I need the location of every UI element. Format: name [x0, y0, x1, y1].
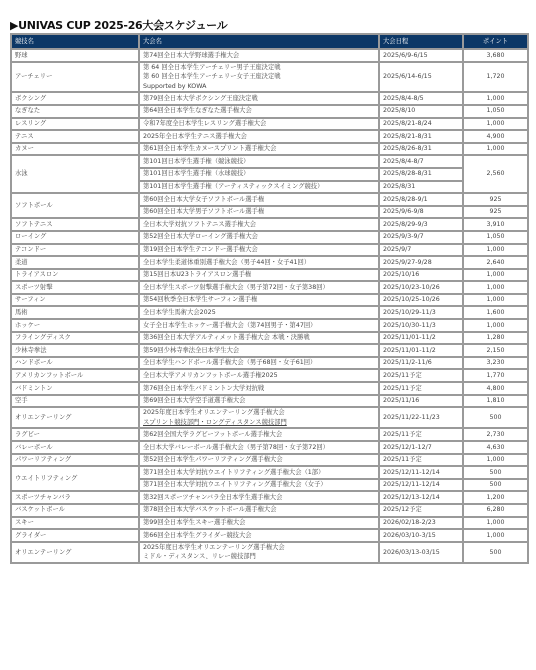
event-name-cell: 第101回日本学生選手権（水球競技）	[139, 168, 379, 181]
event-date-cell: 2025/9/27-9/28	[379, 256, 463, 269]
sport-name-cell: バスケットボール	[11, 504, 139, 517]
event-date-cell: 2025/8/10	[379, 105, 463, 118]
event-name-line: Supported by KOWA	[143, 82, 375, 92]
table-row: カヌー第61回全日本学生カヌースプリント選手権大会2025/8/26-8/311…	[11, 143, 528, 156]
points-cell: 6,280	[463, 504, 528, 517]
event-name-cell: 第64回全日本学生なぎなた選手権大会	[139, 105, 379, 118]
table-row: ホッケー女子全日本学生ホッケー選手権大会（第74回男子・第47回）2025/10…	[11, 319, 528, 332]
event-name-line: 第62回全国大学ラグビーフットボール選手権大会	[143, 430, 375, 440]
points-cell: 1,050	[463, 105, 528, 118]
event-name-cell: 全日本大学対抗ソフトテニス選手権大会	[139, 218, 379, 231]
event-name-line: 第60回全日本大学女子ソフトボール選手権	[143, 195, 375, 205]
event-name-line: 全日本学生ハンドボール選手権大会（男子68回・女子61回）	[143, 358, 375, 368]
sport-name-cell: スキー	[11, 517, 139, 530]
event-name-line: 第69回全日本大学空手道選手権大会	[143, 396, 375, 406]
sport-name-cell: なぎなた	[11, 105, 139, 118]
points-cell: 1,000	[463, 118, 528, 131]
event-name-cell: 第69回全日本大学空手道選手権大会	[139, 395, 379, 408]
table-row: 野球第74回全日本大学野球選手権大会2025/6/9-6/153,680	[11, 49, 528, 62]
points-cell: 1,000	[463, 143, 528, 156]
event-name-cell: 第54回秋季全日本学生サーフィン選手権	[139, 294, 379, 307]
table-row: バレーボール全日本大学バレーボール選手権大会（男子第78回・女子第72回）202…	[11, 441, 528, 454]
event-name-cell: 第79回全日本大学ボクシング王座決定戦	[139, 92, 379, 105]
event-name-cell: 第32回スポーツチャンバラ全日本学生選手権大会	[139, 491, 379, 504]
event-name-line: 第59回少林寺拳法全日本学生大会	[143, 346, 375, 356]
table-body: 野球第74回全日本大学野球選手権大会2025/6/9-6/153,680アーチェ…	[11, 49, 528, 563]
sport-name-cell: 野球	[11, 49, 139, 62]
table-row: 柔道全日本学生柔道体重別選手権大会（男子44回・女子41回）2025/9/27-…	[11, 256, 528, 269]
event-date-cell: 2025/8/4-8/5	[379, 92, 463, 105]
event-date-cell: 2025/11予定	[379, 428, 463, 441]
points-cell: 2,730	[463, 428, 528, 441]
sport-name-cell: 柔道	[11, 256, 139, 269]
event-date-cell: 2026/03/10-3/15	[379, 529, 463, 542]
event-name-cell: 第76回全日本学生バドミントン大学対抗戦	[139, 382, 379, 395]
event-name-line: 第64回全日本学生なぎなた選手権大会	[143, 106, 375, 116]
table-row: フライングディスク第36回全日本大学アルティメット選手権大会 本戦・決勝戦202…	[11, 332, 528, 345]
event-date-cell: 2025/8/29-9/3	[379, 218, 463, 231]
event-name-cell: 令和7年度全日本学生レスリング選手権大会	[139, 118, 379, 131]
sport-name-cell: パワーリフティング	[11, 454, 139, 467]
event-date-cell: 2025/11予定	[379, 454, 463, 467]
table-row: パワーリフティング第52回全日本学生パワーリフティング選手権大会2025/11予…	[11, 454, 528, 467]
table-row: アーチェリー第 64 回全日本学生アーチェリー男子王座決定戦第 60 回全日本学…	[11, 62, 528, 93]
header-date: 大会日程	[379, 34, 463, 49]
table-row: レスリング令和7年度全日本学生レスリング選手権大会2025/8/21-8/241…	[11, 118, 528, 131]
points-cell: 1,000	[463, 244, 528, 257]
event-name-cell: 全日本大学アメリカンフットボール選手権2025	[139, 369, 379, 382]
event-name-line: 第66回全日本学生グライダー競技大会	[143, 531, 375, 541]
points-cell: 1,000	[463, 92, 528, 105]
event-name-line: ミドル・ディスタンス、リレー競技部門	[143, 552, 375, 562]
points-cell: 3,910	[463, 218, 528, 231]
event-name-line: 全日本学生馬術大会2025	[143, 308, 375, 318]
event-name-cell: 第52回全日本大学ローイング選手権大会	[139, 231, 379, 244]
table-row: 水泳第101回日本学生選手権（競泳競技）2025/8/4-8/72,560	[11, 155, 528, 168]
event-name-cell: 全日本学生ハンドボール選手権大会（男子68回・女子61回）	[139, 357, 379, 370]
table-row: グライダー第66回全日本学生グライダー競技大会2026/03/10-3/151,…	[11, 529, 528, 542]
header-event: 大会名	[139, 34, 379, 49]
points-cell: 2,560	[463, 155, 528, 193]
points-cell: 4,800	[463, 382, 528, 395]
event-name-line: 全日本大学バレーボール選手権大会（男子第78回・女子第72回）	[143, 443, 375, 453]
event-name-line: 全日本学生スポーツ射撃選手権大会（男子第72回・女子第38回）	[143, 283, 375, 293]
event-date-cell: 2025/11/2-11/6	[379, 357, 463, 370]
event-name-line: 第52回全日本学生パワーリフティング選手権大会	[143, 455, 375, 465]
sport-name-cell: レスリング	[11, 118, 139, 131]
sport-name-cell: アーチェリー	[11, 62, 139, 93]
event-name-cell: 第101回日本学生選手権（競泳競技）	[139, 155, 379, 168]
sport-name-cell: スポーツ射撃	[11, 281, 139, 294]
points-cell: 3,680	[463, 49, 528, 62]
event-name-cell: 第101回日本学生選手権（アーティスティックスイミング競技）	[139, 181, 379, 194]
event-name-cell: 第59回少林寺拳法全日本学生大会	[139, 344, 379, 357]
table-row: ハンドボール全日本学生ハンドボール選手権大会（男子68回・女子61回）2025/…	[11, 357, 528, 370]
event-name-cell: 第52回全日本学生パワーリフティング選手権大会	[139, 454, 379, 467]
event-name-cell: 2025年度日本学生オリエンテーリング選手権大会ミドル・ディスタンス、リレー競技…	[139, 542, 379, 563]
event-date-cell: 2025/11/01-11/2	[379, 332, 463, 345]
event-date-cell: 2025/6/9-6/15	[379, 49, 463, 62]
table-row: ローイング第52回全日本大学ローイング選手権大会2025/9/3-9/71,05…	[11, 231, 528, 244]
sport-name-cell: フライングディスク	[11, 332, 139, 345]
sport-name-cell: ウエイトリフティング	[11, 466, 139, 491]
event-date-cell: 2025/11予定	[379, 382, 463, 395]
sport-name-cell: ハンドボール	[11, 357, 139, 370]
table-row: ソフトボール第60回全日本大学女子ソフトボール選手権2025/8/28-9/19…	[11, 193, 528, 206]
event-name-line: 2025年度日本学生オリエンテーリング選手権大会	[143, 543, 375, 553]
sport-name-cell: グライダー	[11, 529, 139, 542]
event-date-cell: 2025/6/14-6/15	[379, 62, 463, 93]
header-points: ポイント	[463, 34, 528, 49]
points-cell: 500	[463, 542, 528, 563]
event-name-cell: 第19回全日本学生テコンドー選手権大会	[139, 244, 379, 257]
event-name-line: 第19回全日本学生テコンドー選手権大会	[143, 245, 375, 255]
sport-name-cell: スポーツチャンバラ	[11, 491, 139, 504]
table-row: スキー第99回全日本学生スキー選手権大会2026/02/18-2/231,000	[11, 517, 528, 530]
points-cell: 1,720	[463, 62, 528, 93]
points-cell: 3,230	[463, 357, 528, 370]
event-name-line: 第101回日本学生選手権（水球競技）	[143, 169, 375, 179]
event-name-line: 第71回全日本大学対抗ウエイトリフティング選手権大会（女子）	[143, 480, 375, 490]
table-row: オリエンテーリング2025年度日本学生オリエンテーリング選手権大会スプリント競技…	[11, 407, 528, 428]
event-date-cell: 2026/03/13-03/15	[379, 542, 463, 563]
sport-name-cell: トライアスロン	[11, 269, 139, 282]
event-name-cell: 第78回全日本大学バスケットボール選手権大会	[139, 504, 379, 517]
event-date-cell: 2025/9/6-9/8	[379, 206, 463, 219]
event-name-line: 第36回全日本大学アルティメット選手権大会 本戦・決勝戦	[143, 333, 375, 343]
sport-name-cell: アメリカンフットボール	[11, 369, 139, 382]
points-cell: 925	[463, 206, 528, 219]
points-cell: 500	[463, 466, 528, 479]
event-name-line: 第 60 回全日本学生アーチェリー女子王座決定戦	[143, 72, 375, 82]
event-date-cell: 2025/9/3-9/7	[379, 231, 463, 244]
event-name-cell: 第36回全日本大学アルティメット選手権大会 本戦・決勝戦	[139, 332, 379, 345]
sport-name-cell: オリエンテーリング	[11, 542, 139, 563]
event-date-cell: 2025/8/28-8/31	[379, 168, 463, 181]
event-name-line: 第15回日本U23トライアスロン選手権	[143, 270, 375, 280]
schedule-table: 競技名 大会名 大会日程 ポイント 野球第74回全日本大学野球選手権大会2025…	[10, 33, 529, 564]
points-cell: 1,000	[463, 281, 528, 294]
event-name-line: 全日本大学アメリカンフットボール選手権2025	[143, 371, 375, 381]
event-date-cell: 2025/8/21-8/31	[379, 130, 463, 143]
event-name-line: 第78回全日本大学バスケットボール選手権大会	[143, 505, 375, 515]
event-name-cell: 全日本学生柔道体重別選手権大会（男子44回・女子41回）	[139, 256, 379, 269]
event-date-cell: 2025/12/1-12/7	[379, 441, 463, 454]
table-row: スポーツチャンバラ第32回スポーツチャンバラ全日本学生選手権大会2025/12/…	[11, 491, 528, 504]
points-cell: 1,000	[463, 454, 528, 467]
points-cell: 4,900	[463, 130, 528, 143]
table-row: バドミントン第76回全日本学生バドミントン大学対抗戦2025/11予定4,800	[11, 382, 528, 395]
event-name-line: 第99回全日本学生スキー選手権大会	[143, 518, 375, 528]
sport-name-cell: 空手	[11, 395, 139, 408]
sport-name-cell: サーフィン	[11, 294, 139, 307]
event-name-line: 第 64 回全日本学生アーチェリー男子王座決定戦	[143, 63, 375, 73]
event-name-cell: 第60回全日本大学女子ソフトボール選手権	[139, 193, 379, 206]
event-date-cell: 2025/8/21-8/24	[379, 118, 463, 131]
event-date-cell: 2025/11/01-11/2	[379, 344, 463, 357]
event-date-cell: 2025/10/16	[379, 269, 463, 282]
event-date-cell: 2025/9/7	[379, 244, 463, 257]
points-cell: 1,810	[463, 395, 528, 408]
table-row: バスケットボール第78回全日本大学バスケットボール選手権大会2025/12予定6…	[11, 504, 528, 517]
event-name-cell: 全日本学生スポーツ射撃選手権大会（男子第72回・女子第38回）	[139, 281, 379, 294]
event-date-cell: 2025/11/22-11/23	[379, 407, 463, 428]
event-name-cell: 全日本大学バレーボール選手権大会（男子第78回・女子第72回）	[139, 441, 379, 454]
points-cell: 500	[463, 407, 528, 428]
table-row: スポーツ射撃全日本学生スポーツ射撃選手権大会（男子第72回・女子第38回）202…	[11, 281, 528, 294]
event-name-line: 第79回全日本大学ボクシング王座決定戦	[143, 94, 375, 104]
sport-name-cell: 馬術	[11, 306, 139, 319]
sport-name-cell: テコンドー	[11, 244, 139, 257]
sport-name-cell: ラグビー	[11, 428, 139, 441]
event-name-line: 2025年全日本学生テニス選手権大会	[143, 132, 375, 142]
table-row: ボクシング第79回全日本大学ボクシング王座決定戦2025/8/4-8/51,00…	[11, 92, 528, 105]
points-cell: 925	[463, 193, 528, 206]
table-row: テコンドー第19回全日本学生テコンドー選手権大会2025/9/71,000	[11, 244, 528, 257]
points-cell: 1,000	[463, 517, 528, 530]
event-name-line: 第76回全日本学生バドミントン大学対抗戦	[143, 384, 375, 394]
event-date-cell: 2025/8/4-8/7	[379, 155, 463, 168]
table-row: 少林寺拳法第59回少林寺拳法全日本学生大会2025/11/01-11/22,15…	[11, 344, 528, 357]
event-date-cell: 2025/12/11-12/14	[379, 466, 463, 479]
table-row: 馬術全日本学生馬術大会20252025/10/29-11/31,600	[11, 306, 528, 319]
event-name-line: 第101回日本学生選手権（アーティスティックスイミング競技）	[143, 182, 375, 192]
event-name-line: 2025年度日本学生オリエンテーリング選手権大会	[143, 408, 375, 418]
event-name-line: 第52回全日本大学ローイング選手権大会	[143, 232, 375, 242]
event-name-cell: 女子全日本学生ホッケー選手権大会（第74回男子・第47回）	[139, 319, 379, 332]
points-cell: 2,150	[463, 344, 528, 357]
table-header-row: 競技名 大会名 大会日程 ポイント	[11, 34, 528, 49]
table-row: アメリカンフットボール全日本大学アメリカンフットボール選手権20252025/1…	[11, 369, 528, 382]
event-name-line: 第74回全日本大学野球選手権大会	[143, 51, 375, 61]
table-row: なぎなた第64回全日本学生なぎなた選手権大会2025/8/101,050	[11, 105, 528, 118]
event-date-cell: 2025/12/13-12/14	[379, 491, 463, 504]
sport-name-cell: 少林寺拳法	[11, 344, 139, 357]
points-cell: 500	[463, 479, 528, 492]
sport-name-cell: テニス	[11, 130, 139, 143]
sport-name-cell: バドミントン	[11, 382, 139, 395]
event-date-cell: 2025/11予定	[379, 369, 463, 382]
points-cell: 1,000	[463, 319, 528, 332]
header-sport: 競技名	[11, 34, 139, 49]
event-name-cell: 2025年度日本学生オリエンテーリング選手権大会スプリント競技部門・ロングディス…	[139, 407, 379, 428]
event-name-cell: 第71回全日本大学対抗ウエイトリフティング選手権大会（1部）	[139, 466, 379, 479]
event-name-cell: 第66回全日本学生グライダー競技大会	[139, 529, 379, 542]
event-date-cell: 2025/11/16	[379, 395, 463, 408]
event-name-cell: 第74回全日本大学野球選手権大会	[139, 49, 379, 62]
event-name-cell: 2025年全日本学生テニス選手権大会	[139, 130, 379, 143]
sport-name-cell: ボクシング	[11, 92, 139, 105]
sport-name-cell: 水泳	[11, 155, 139, 193]
event-name-cell: 第99回全日本学生スキー選手権大会	[139, 517, 379, 530]
event-date-cell: 2025/10/29-11/3	[379, 306, 463, 319]
event-name-line: 第60回全日本大学男子ソフトボール選手権	[143, 207, 375, 217]
event-date-cell: 2025/8/28-9/1	[379, 193, 463, 206]
points-cell: 1,280	[463, 332, 528, 345]
table-row: ラグビー第62回全国大学ラグビーフットボール選手権大会2025/11予定2,73…	[11, 428, 528, 441]
event-date-cell: 2025/10/23-10/26	[379, 281, 463, 294]
table-row: トライアスロン第15回日本U23トライアスロン選手権2025/10/161,00…	[11, 269, 528, 282]
table-row: ウエイトリフティング第71回全日本大学対抗ウエイトリフティング選手権大会（1部）…	[11, 466, 528, 479]
points-cell: 1,000	[463, 529, 528, 542]
sport-name-cell: バレーボール	[11, 441, 139, 454]
event-name-line: 第61回全日本学生カヌースプリント選手権大会	[143, 144, 375, 154]
event-date-cell: 2026/02/18-2/23	[379, 517, 463, 530]
points-cell: 1,770	[463, 369, 528, 382]
event-date-cell: 2025/12予定	[379, 504, 463, 517]
event-date-cell: 2025/12/11-12/14	[379, 479, 463, 492]
sport-name-cell: オリエンテーリング	[11, 407, 139, 428]
event-name-cell: 第15回日本U23トライアスロン選手権	[139, 269, 379, 282]
event-name-line: 第71回全日本大学対抗ウエイトリフティング選手権大会（1部）	[143, 468, 375, 478]
event-name-cell: 第61回全日本学生カヌースプリント選手権大会	[139, 143, 379, 156]
sport-name-cell: ローイング	[11, 231, 139, 244]
event-name-line: 第101回日本学生選手権（競泳競技）	[143, 157, 375, 167]
points-cell: 1,000	[463, 269, 528, 282]
sport-name-cell: カヌー	[11, 143, 139, 156]
event-name-line: 第54回秋季全日本学生サーフィン選手権	[143, 295, 375, 305]
points-cell: 1,200	[463, 491, 528, 504]
event-name-cell: 第 64 回全日本学生アーチェリー男子王座決定戦第 60 回全日本学生アーチェリ…	[139, 62, 379, 93]
table-row: ソフトテニス全日本大学対抗ソフトテニス選手権大会2025/8/29-9/33,9…	[11, 218, 528, 231]
event-date-cell: 2025/10/30-11/3	[379, 319, 463, 332]
event-date-cell: 2025/8/31	[379, 181, 463, 194]
event-name-cell: 第62回全国大学ラグビーフットボール選手権大会	[139, 428, 379, 441]
sport-name-cell: ホッケー	[11, 319, 139, 332]
event-name-cell: 第60回全日本大学男子ソフトボール選手権	[139, 206, 379, 219]
sport-name-cell: ソフトテニス	[11, 218, 139, 231]
sport-name-cell: ソフトボール	[11, 193, 139, 218]
event-name-line: 令和7年度全日本学生レスリング選手権大会	[143, 119, 375, 129]
event-date-cell: 2025/8/26-8/31	[379, 143, 463, 156]
points-cell: 1,600	[463, 306, 528, 319]
event-name-line: 全日本学生柔道体重別選手権大会（男子44回・女子41回）	[143, 258, 375, 268]
event-name-line: 第32回スポーツチャンバラ全日本学生選手権大会	[143, 493, 375, 503]
event-date-cell: 2025/10/25-10/26	[379, 294, 463, 307]
table-row: 空手第69回全日本大学空手道選手権大会2025/11/161,810	[11, 395, 528, 408]
event-name-line: 全日本大学対抗ソフトテニス選手権大会	[143, 220, 375, 230]
event-link[interactable]: スプリント競技部門・ロングディスタンス競技部門	[143, 418, 375, 428]
table-row: オリエンテーリング2025年度日本学生オリエンテーリング選手権大会ミドル・ディス…	[11, 542, 528, 563]
table-row: サーフィン第54回秋季全日本学生サーフィン選手権2025/10/25-10/26…	[11, 294, 528, 307]
points-cell: 1,050	[463, 231, 528, 244]
points-cell: 4,630	[463, 441, 528, 454]
event-name-cell: 第71回全日本大学対抗ウエイトリフティング選手権大会（女子）	[139, 479, 379, 492]
event-name-line: 女子全日本学生ホッケー選手権大会（第74回男子・第47回）	[143, 321, 375, 331]
event-name-cell: 全日本学生馬術大会2025	[139, 306, 379, 319]
points-cell: 2,640	[463, 256, 528, 269]
page-title: ▶UNIVAS CUP 2025-26大会スケジュール	[10, 17, 227, 33]
points-cell: 1,000	[463, 294, 528, 307]
table-row: テニス2025年全日本学生テニス選手権大会2025/8/21-8/314,900	[11, 130, 528, 143]
